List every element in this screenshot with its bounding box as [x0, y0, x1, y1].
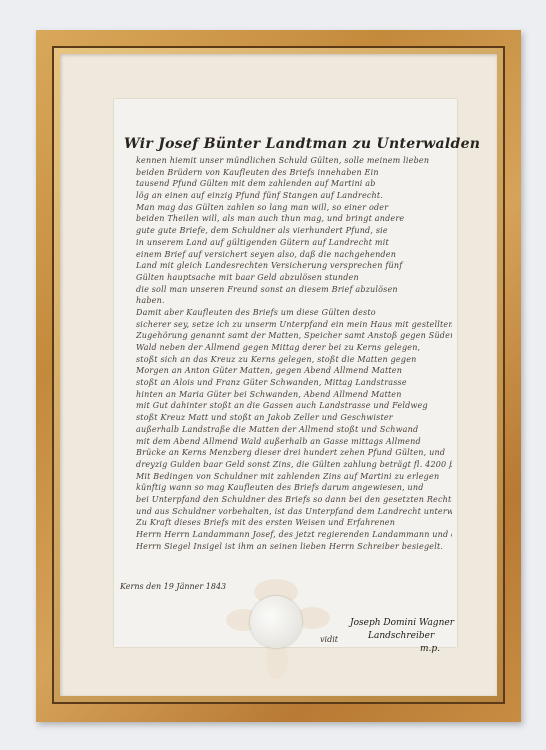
text-line: in unserem Land auf gültigenden Gütern a… [136, 237, 452, 249]
signature-line: m.p. [350, 643, 454, 656]
passe-partout-mat: Wir Josef Bünter Landtman zu Unterwalden… [60, 54, 497, 696]
text-line: hinten an Maria Güter bei Schwanden, Abe… [136, 389, 452, 401]
text-line: Brücke an Kerns Menzberg dieser drei hun… [136, 447, 452, 459]
text-line: Land mit gleich Landesrechten Versicheru… [136, 260, 452, 272]
document-paper: Wir Josef Bünter Landtman zu Unterwalden… [114, 99, 457, 647]
text-line: beiden Theilen will, als man auch thun m… [136, 213, 452, 225]
signature-line: Joseph Domini Wagner [350, 617, 454, 630]
text-line: lög an einen auf einzig Pfund fünf Stang… [136, 190, 452, 202]
text-line: und aus Schuldner vorbehalten, ist das U… [136, 506, 452, 518]
text-line: dreyzig Gulden baar Geld sonst Zins, die… [136, 459, 452, 471]
text-line: Gülten hauptsache mit baar Geld abzulöse… [136, 272, 452, 284]
text-line: Zugehörung genannt samt der Matten, Spei… [136, 330, 452, 342]
text-line: tausend Pfund Gülten mit dem zahlenden a… [136, 178, 452, 190]
date-line: Kerns den 19 Jänner 1843 [120, 582, 226, 591]
document-heading: Wir Josef Bünter Landtman zu Unterwalden [124, 136, 454, 152]
text-line: Herrn Herrn Landammann Josef, des jetzt … [136, 529, 452, 541]
text-line: künftig wann so mag Kaufleuten des Brief… [136, 482, 452, 494]
text-line: beiden Brüdern von Kaufleuten des Briefs… [136, 167, 452, 179]
text-line: Zu Kraft dieses Briefs mit des ersten We… [136, 517, 452, 529]
text-line: Herrn Siegel Insigel ist ihm an seinen l… [136, 541, 452, 553]
signature-line: Landschreiber [350, 630, 454, 643]
text-line: Wald neben der Allmend gegen Mittag dere… [136, 342, 452, 354]
embossed-seal [250, 596, 302, 648]
text-line: gute gute Briefe, dem Schuldner als vier… [136, 225, 452, 237]
text-line: kennen hiemit unser mündlichen Schuld Gü… [136, 155, 452, 167]
text-line: mit Gut dahinter stoßt an die Gassen auc… [136, 400, 452, 412]
text-line: haben. [136, 295, 452, 307]
text-line: stoßt Kreuz Matt und stoßt an Jakob Zell… [136, 412, 452, 424]
text-line: mit dem Abend Allmend Wald außerhalb an … [136, 436, 452, 448]
text-line: Morgen an Anton Güter Matten, gegen Aben… [136, 365, 452, 377]
text-line: Mit Bedingen von Schuldner mit zahlenden… [136, 471, 452, 483]
text-line: bei Unterpfand den Schuldner des Briefs … [136, 494, 452, 506]
document-body: kennen hiemit unser mündlichen Schuld Gü… [136, 155, 452, 552]
text-line: stoßt an Alois und Franz Güter Schwanden… [136, 377, 452, 389]
text-line: Damit aber Kaufleuten des Briefs um dies… [136, 307, 452, 319]
picture-frame: Wir Josef Bünter Landtman zu Unterwalden… [36, 30, 521, 722]
text-line: außerhalb Landstraße die Matten der Allm… [136, 424, 452, 436]
text-line: stoßt sich an das Kreuz zu Kerns gelegen… [136, 354, 452, 366]
frame-inner-lip: Wir Josef Bünter Landtman zu Unterwalden… [52, 46, 505, 704]
vidit-note: vidit [320, 635, 338, 644]
signature: Joseph Domini Wagner Landschreiber m.p. [350, 617, 454, 656]
text-line: die soll man unseren Freund sonst an die… [136, 284, 452, 296]
text-line: Man mag das Gülten zahlen so lang man wi… [136, 202, 452, 214]
text-line: einem Brief auf versichert seyen also, d… [136, 249, 452, 261]
text-line: sicherer sey, setze ich zu unserm Unterp… [136, 319, 452, 331]
